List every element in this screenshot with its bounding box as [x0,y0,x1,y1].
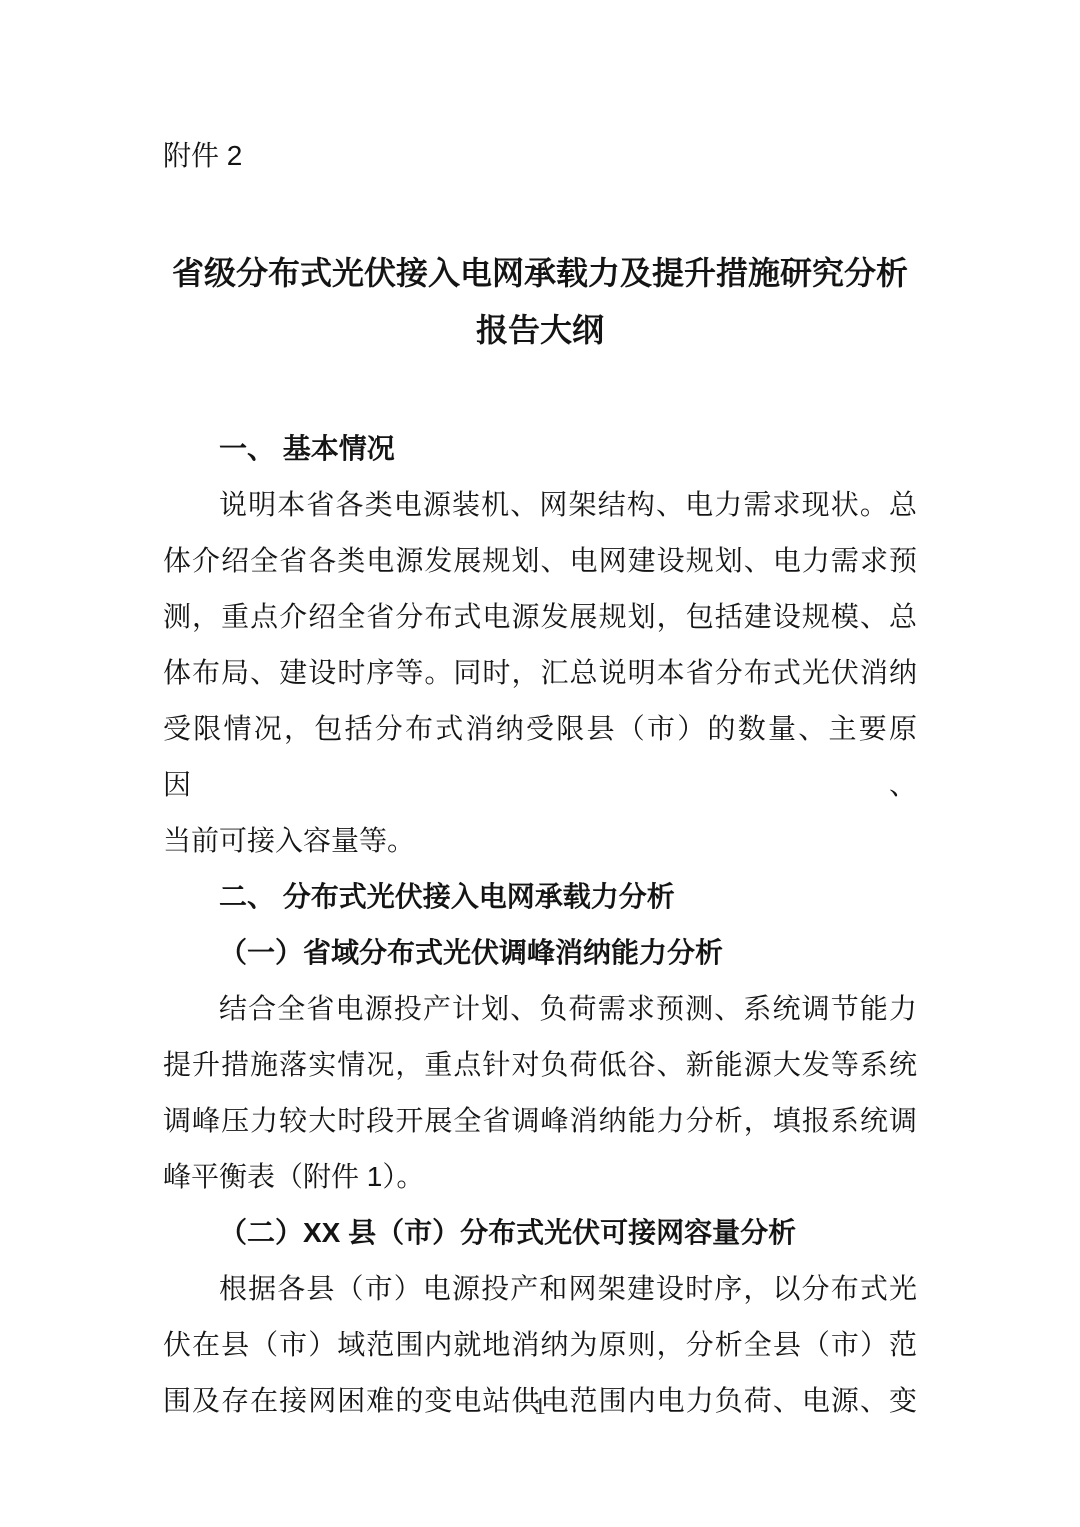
document-title-line-1: 省级分布式光伏接入电网承载力及提升措施研究分析 [163,245,917,302]
section-1-paragraph-line: 受限情况，包括分布式消纳受限县（市）的数量、主要原因、 [163,701,917,813]
document-title-line-2: 报告大纲 [163,302,917,359]
section-2-sub-2-paragraph-line: 伏在县（市）域范围内就地消纳为原则，分析全县（市）范 [163,1317,917,1373]
section-2-sub-1-paragraph-line: 结合全省电源投产计划、负荷需求预测、系统调节能力 [163,981,917,1037]
page-number: 1 [0,1392,1080,1422]
section-1-paragraph-line: 体介绍全省各类电源发展规划、电网建设规划、电力需求预 [163,533,917,589]
section-1-paragraph-line: 测，重点介绍全省分布式电源发展规划，包括建设规模、总 [163,589,917,645]
section-2-sub-1-paragraph-line: 峰平衡表（附件 1）。 [163,1149,917,1205]
document-page: 附件 2 省级分布式光伏接入电网承载力及提升措施研究分析 报告大纲 一、 基本情… [0,0,1080,1527]
attachment-label: 附件 2 [163,128,917,184]
section-1-paragraph-line: 当前可接入容量等。 [163,813,917,869]
section-2-sub-1-paragraph-line: 提升措施落实情况，重点针对负荷低谷、新能源大发等系统 [163,1037,917,1093]
document-content: 附件 2 省级分布式光伏接入电网承载力及提升措施研究分析 报告大纲 一、 基本情… [163,128,917,1429]
section-2-sub-2-heading: （二）XX 县（市）分布式光伏可接网容量分析 [163,1205,917,1261]
section-1-paragraph-line: 体布局、建设时序等。同时，汇总说明本省分布式光伏消纳 [163,645,917,701]
section-2-sub-2-paragraph-line: 根据各县（市）电源投产和网架建设时序，以分布式光 [163,1261,917,1317]
document-body: 一、 基本情况 说明本省各类电源装机、网架结构、电力需求现状。总 体介绍全省各类… [163,421,917,1429]
section-1-heading: 一、 基本情况 [163,421,917,477]
section-2-sub-1-paragraph-line: 调峰压力较大时段开展全省调峰消纳能力分析，填报系统调 [163,1093,917,1149]
section-2-heading: 二、 分布式光伏接入电网承载力分析 [163,869,917,925]
section-2-sub-1-heading: （一）省域分布式光伏调峰消纳能力分析 [163,925,917,981]
section-1-paragraph-line: 说明本省各类电源装机、网架结构、电力需求现状。总 [163,477,917,533]
document-title: 省级分布式光伏接入电网承载力及提升措施研究分析 报告大纲 [163,245,917,359]
